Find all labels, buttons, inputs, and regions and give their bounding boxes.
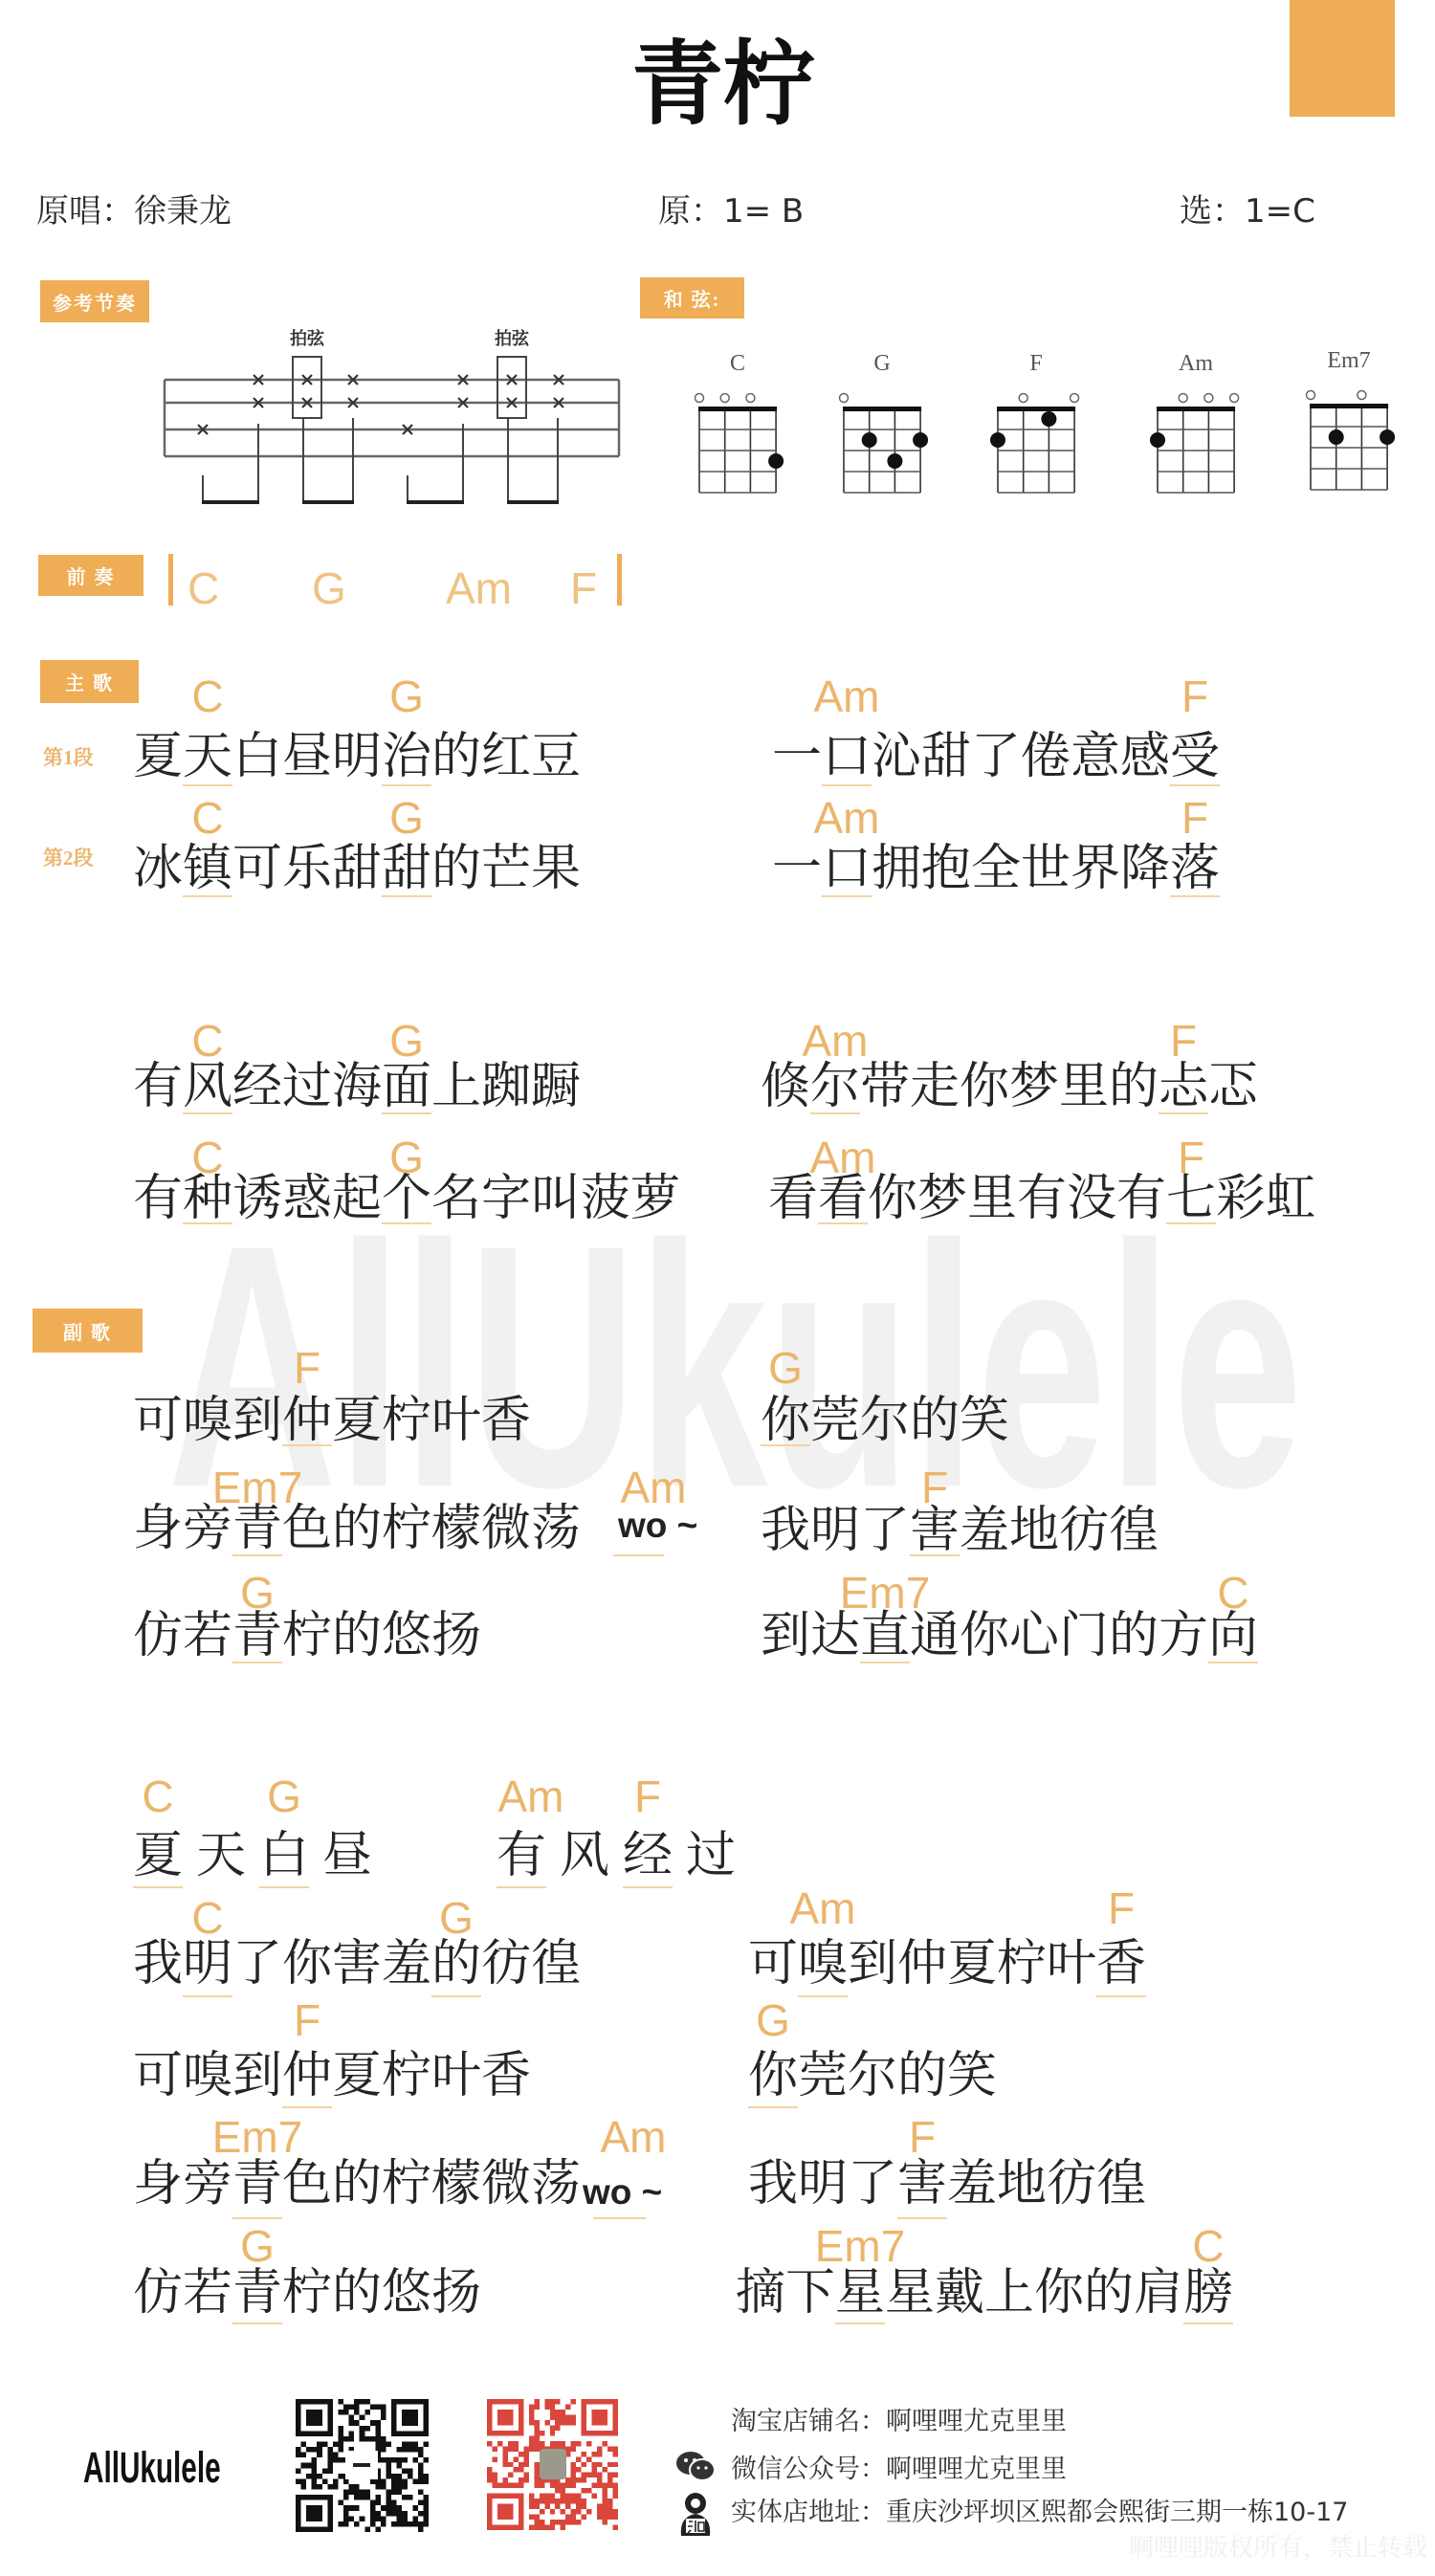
chord-label: F <box>1137 674 1252 718</box>
chord-label: Am <box>596 1465 711 1509</box>
chord-label: Am <box>576 2115 691 2159</box>
open-string-marker <box>1358 391 1366 400</box>
lyric-line: 你莞尔的笑 <box>748 2051 997 2101</box>
chord-underline <box>818 1222 868 1224</box>
chord-label: G <box>349 796 464 840</box>
chord-underline <box>748 2106 798 2108</box>
chord-underline <box>282 1444 332 1446</box>
finger-dot <box>862 432 877 448</box>
chord-label: G <box>716 1998 830 2042</box>
chord-underline <box>382 784 431 786</box>
prelude-chord: C <box>188 566 219 610</box>
chord-underline <box>232 1554 282 1556</box>
open-string-marker <box>1230 394 1239 403</box>
chord-underline <box>810 1112 860 1114</box>
open-string-marker <box>840 394 849 403</box>
vocal-tail: wo ~ <box>618 1508 697 1543</box>
chord-label: F <box>590 1774 705 1818</box>
chord-label: C <box>150 1896 265 1940</box>
qr-center-logo <box>540 2449 566 2479</box>
lyric-line: 仿若青柠的悠扬 <box>133 2268 481 2318</box>
chord-label: Am <box>789 796 904 840</box>
chord-diagram-g: G <box>840 351 929 493</box>
chord-diagram-c: C <box>695 351 784 493</box>
prelude-chord: G <box>312 566 346 610</box>
chord-label: F <box>1137 796 1252 840</box>
chord-name: Am <box>1179 351 1213 376</box>
vocal-tail: wo ~ <box>583 2174 662 2210</box>
taobao-shop-name: 淘宝店铺名：啊哩哩尤克里里 <box>731 2408 1067 2436</box>
chord-underline <box>1159 1112 1208 1114</box>
chord-label: Am <box>474 1774 588 1818</box>
chord-underline <box>382 1222 431 1224</box>
slap-box <box>497 357 526 418</box>
chord-underline <box>382 895 431 897</box>
finger-dot <box>1150 432 1165 448</box>
lyric-line: 身旁青色的柠檬微荡 <box>133 2159 581 2209</box>
qr-center-logo <box>345 2451 378 2479</box>
chord-name: C <box>730 351 745 376</box>
finger-dot <box>887 453 902 469</box>
open-string-marker <box>746 394 755 403</box>
chord-diagram-em7: Em7 <box>1307 348 1396 490</box>
accent-block <box>1290 0 1395 117</box>
store-address: 实体店地址：重庆沙坪坝区熙都会熙街三期一栋10-17 <box>731 2499 1348 2527</box>
chord-underline <box>835 2323 885 2324</box>
lyric-line: 我明了害羞地彷徨 <box>748 2159 1146 2209</box>
open-string-marker <box>695 394 704 403</box>
chord-underline <box>1170 784 1220 786</box>
lyric-phrase: 有风经过 <box>497 1831 749 1881</box>
chord-underline <box>232 1662 282 1663</box>
chord-label: Am <box>765 1886 880 1930</box>
rhythm-tab-diagram: 拍弦 拍弦 <box>153 316 631 517</box>
chord-underline <box>183 1112 232 1114</box>
brand-logo: AllUkulele <box>83 2446 221 2489</box>
finger-dot <box>1329 429 1344 445</box>
chord-label: G <box>399 1896 514 1940</box>
lyric-line: 可嗅到仲夏柠叶香 <box>133 1396 531 1445</box>
chord-label: Am <box>778 1019 893 1063</box>
chord-label: F <box>250 1346 364 1390</box>
chord-underline <box>613 1554 664 1556</box>
chord-underline <box>497 1886 546 1888</box>
open-string-marker <box>1071 394 1079 403</box>
chord-label: Am <box>789 674 904 718</box>
lyric-line: 看看你梦里有没有七彩虹 <box>768 1174 1315 1223</box>
lyric-line: 一口拥抱全世界降落 <box>772 844 1220 893</box>
chord-label: Em7 <box>803 2224 917 2268</box>
lyric-line: 我明了害羞地彷徨 <box>761 1506 1159 1555</box>
chord-label: G <box>349 1019 464 1063</box>
chord-underline <box>1166 1222 1216 1224</box>
chord-underline <box>798 1995 848 1997</box>
lyric-line: 倏尔带走你梦里的忐忑 <box>761 1062 1258 1112</box>
bar-line-start <box>168 554 173 605</box>
chord-underline <box>259 1886 309 1888</box>
chord-underline <box>860 1662 910 1663</box>
copyright-notice: 啊哩哩版权所有，禁止转载 <box>1129 2535 1427 2562</box>
taobao-qr-code <box>487 2399 618 2530</box>
chord-underline <box>623 1886 673 1888</box>
chord-underline <box>1096 1995 1146 1997</box>
lyric-line: 一口沁甜了倦意感受 <box>772 732 1220 782</box>
slap-box <box>293 357 321 418</box>
tag-chorus: 副 歌 <box>33 1309 143 1353</box>
open-string-marker <box>1204 394 1213 403</box>
chord-underline <box>382 1112 431 1114</box>
open-string-marker <box>1019 394 1027 403</box>
chord-name: Em7 <box>1327 348 1370 373</box>
chord-label: C <box>150 796 265 840</box>
selected-key: 选：1=C <box>1180 195 1315 228</box>
lyric-line: 我明了你害羞的彷徨 <box>133 1939 581 1989</box>
chord-underline <box>822 784 872 786</box>
chord-underline <box>183 895 232 897</box>
lyric-line: 有种诱惑起个名字叫菠萝 <box>133 1174 680 1223</box>
tab-staff <box>165 380 619 456</box>
part-label-2: 第2段 <box>43 848 94 869</box>
lyric-line: 可嗅到仲夏柠叶香 <box>748 1939 1146 1989</box>
bar-line-end <box>617 554 622 605</box>
chord-name: G <box>873 351 890 376</box>
taobao-icon <box>675 2492 716 2537</box>
chord-label: F <box>1064 1886 1179 1930</box>
tag-rhythm: 参考节奏 <box>40 280 149 322</box>
chord-label: F <box>1126 1019 1241 1063</box>
slap-label: 拍弦 <box>495 328 530 348</box>
chord-label: G <box>200 2224 315 2268</box>
chord-label: G <box>227 1774 342 1818</box>
lyric-line: 有风经过海面上踟蹰 <box>133 1062 581 1112</box>
chord-label: F <box>865 2115 980 2159</box>
chord-label: Em7 <box>200 2115 315 2159</box>
chord-underline <box>431 1995 481 1997</box>
wechat-qr-code <box>296 2399 429 2532</box>
prelude-chord: Am <box>446 566 512 610</box>
chord-label: C <box>100 1774 215 1818</box>
chord-underline <box>593 2217 646 2219</box>
open-string-marker <box>1179 394 1187 403</box>
lyric-line: 可嗅到仲夏柠叶香 <box>133 2051 531 2101</box>
chord-underline <box>910 1554 960 1556</box>
lyric-line: 到达直通你心门的方向 <box>761 1611 1258 1661</box>
chord-label: G <box>349 674 464 718</box>
open-string-marker <box>1307 391 1315 400</box>
song-title: 青柠 <box>575 38 872 130</box>
chord-diagrams: CGFAmEm7 <box>660 335 1416 507</box>
prelude-chord: F <box>570 566 597 610</box>
lyric-line: 摘下星星戴上你的肩膀 <box>736 2268 1233 2318</box>
tag-prelude: 前 奏 <box>38 555 143 596</box>
chord-underline <box>183 1222 232 1224</box>
chord-diagram-am: Am <box>1150 351 1239 493</box>
tag-verse: 主 歌 <box>40 660 139 703</box>
chord-label: G <box>728 1346 843 1390</box>
chord-underline <box>183 1995 232 1997</box>
lyric-line: 冰镇可乐甜甜的芒果 <box>133 844 581 893</box>
lyric-line: 你莞尔的笑 <box>761 1396 1009 1445</box>
finger-dot <box>913 432 928 448</box>
lyric-line: 仿若青柠的悠扬 <box>133 1611 481 1661</box>
chord-label: C <box>150 1019 265 1063</box>
finger-dot <box>990 432 1005 448</box>
chord-underline <box>183 784 232 786</box>
original-key: 原：1= B <box>658 195 804 228</box>
part-label-1: 第1段 <box>43 747 94 768</box>
chord-underline <box>133 1886 183 1888</box>
original-singer: 原唱：徐秉龙 <box>36 195 232 228</box>
wechat-account: 微信公众号：啊哩哩尤克里里 <box>731 2455 1067 2484</box>
tag-chords: 和 弦: <box>640 277 744 319</box>
slap-label: 拍弦 <box>290 328 325 348</box>
chord-underline <box>1170 895 1220 897</box>
chord-label: C <box>1151 2224 1266 2268</box>
chord-underline <box>282 2106 332 2108</box>
chord-underline <box>232 2217 282 2219</box>
chord-diagram-f: F <box>990 351 1079 493</box>
finger-dot <box>768 453 784 469</box>
chord-label: C <box>150 674 265 718</box>
lyric-line: 身旁青色的柠檬微荡 <box>133 1504 581 1553</box>
wechat-icon <box>675 2451 716 2481</box>
chord-underline <box>232 2323 282 2324</box>
chord-underline <box>897 2217 947 2219</box>
chord-underline <box>761 1444 810 1446</box>
chord-underline <box>822 895 872 897</box>
finger-dot <box>1041 411 1056 427</box>
chord-name: F <box>1029 351 1042 376</box>
lyric-phrase: 夏天白昼 <box>133 1831 386 1881</box>
lyric-line: 夏天白昼明治的红豆 <box>133 732 581 782</box>
chord-underline <box>1208 1662 1258 1663</box>
chord-underline <box>1183 2323 1233 2324</box>
finger-dot <box>1380 429 1395 445</box>
open-string-marker <box>720 394 729 403</box>
chord-label: F <box>250 1998 364 2042</box>
